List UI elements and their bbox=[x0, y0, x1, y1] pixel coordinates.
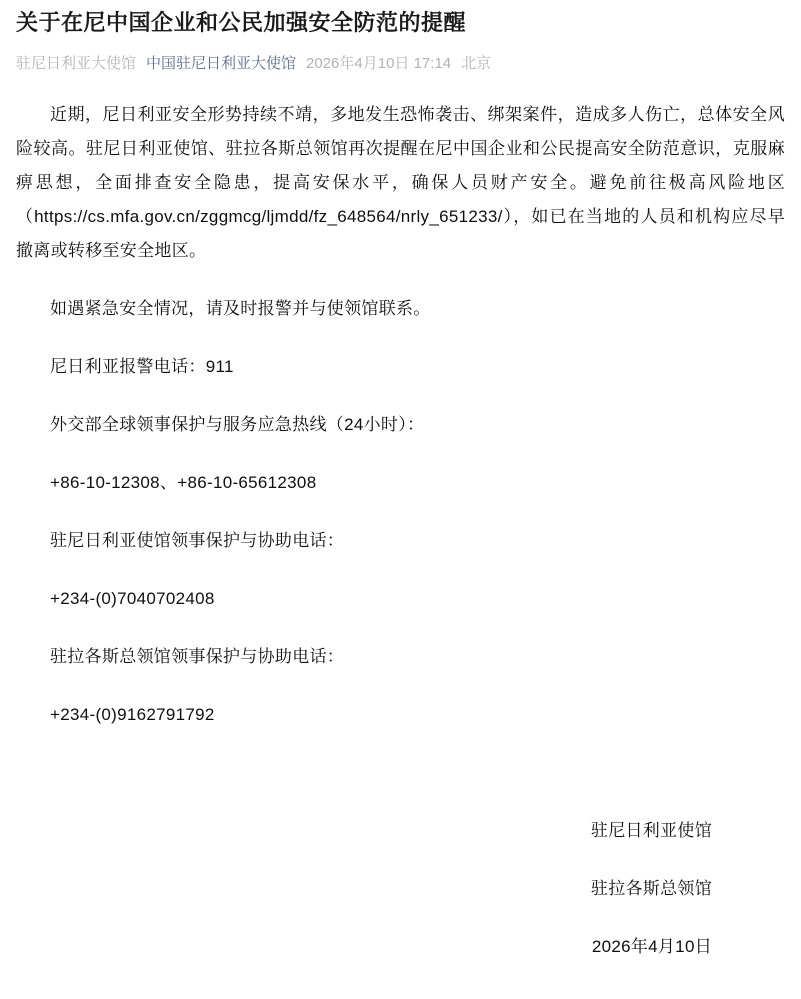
paragraph-security-situation: 近期，尼日利亚安全形势持续不靖，多地发生恐怖袭击、绑架案件，造成多人伤亡，总体安… bbox=[16, 98, 785, 268]
situation-text-lead: 近期，尼日利亚安全形势持续不靖，多地发生恐怖袭击、绑架案件，造成多人伤亡，总体安… bbox=[16, 105, 785, 192]
spacer-line bbox=[16, 756, 785, 790]
author-name: 驻尼日利亚大使馆 bbox=[16, 55, 136, 72]
page-title: 关于在尼中国企业和公民加强安全防范的提醒 bbox=[16, 8, 785, 39]
mfa-hotline-label: 外交部全球领事保护与服务应急热线（24小时）： bbox=[16, 408, 785, 442]
signature-consulate: 驻拉各斯总领馆 bbox=[16, 872, 785, 906]
publish-datetime: 2026年4月10日 17:14 bbox=[306, 55, 451, 72]
consulate-phone-label: 驻拉各斯总领馆领事保护与协助电话： bbox=[16, 640, 785, 674]
article-content: 近期，尼日利亚安全形势持续不靖，多地发生恐怖袭击、绑架案件，造成多人伤亡，总体安… bbox=[16, 98, 785, 964]
paragraph-emergency-advice: 如遇紧急安全情况，请及时报警并与使领馆联系。 bbox=[16, 292, 785, 326]
article-meta: 驻尼日利亚大使馆中国驻尼日利亚大使馆2026年4月10日 17:14北京 bbox=[16, 53, 785, 74]
consulate-phone-number: +234-(0)9162791792 bbox=[16, 698, 785, 732]
mfa-hotline-numbers: +86-10-12308、+86-10-65612308 bbox=[16, 466, 785, 500]
signature-date: 2026年4月10日 bbox=[16, 930, 785, 964]
advisory-url-text: （https://cs.mfa.gov.cn/zggmcg/ljmdd/fz_6… bbox=[16, 207, 513, 226]
official-account-link[interactable]: 中国驻尼日利亚大使馆 bbox=[146, 55, 296, 72]
publish-location: 北京 bbox=[461, 55, 491, 72]
signature-embassy: 驻尼日利亚使馆 bbox=[16, 814, 785, 848]
embassy-phone-label: 驻尼日利亚使馆领事保护与协助电话： bbox=[16, 524, 785, 558]
article: 关于在尼中国企业和公民加强安全防范的提醒 驻尼日利亚大使馆中国驻尼日利亚大使馆2… bbox=[0, 0, 801, 964]
nigeria-police-number: 尼日利亚报警电话：911 bbox=[16, 350, 785, 384]
embassy-phone-number: +234-(0)7040702408 bbox=[16, 582, 785, 616]
